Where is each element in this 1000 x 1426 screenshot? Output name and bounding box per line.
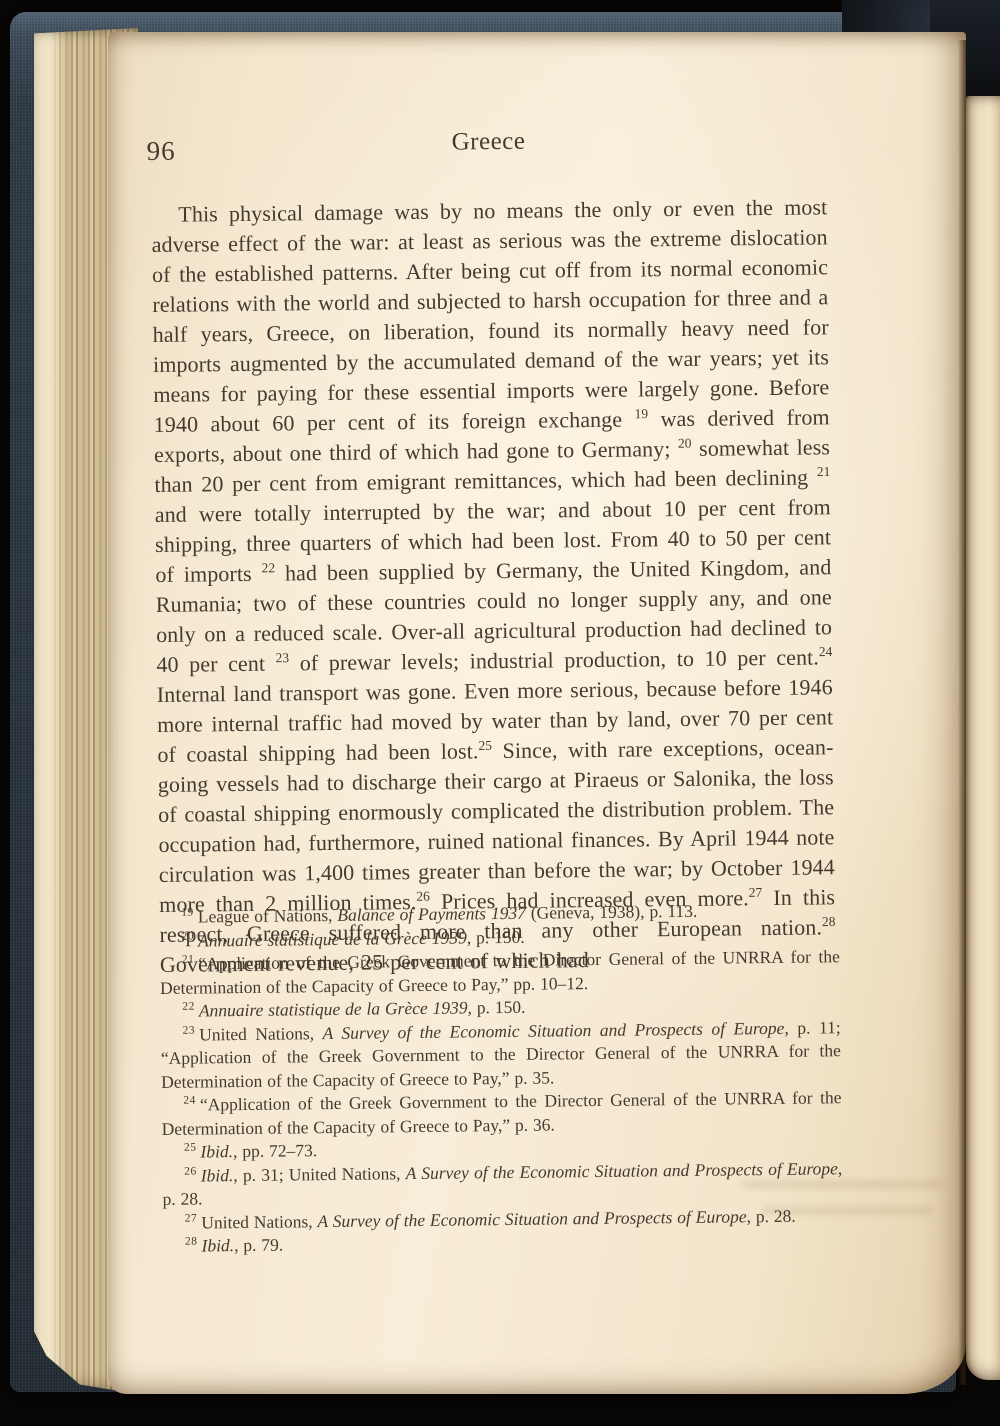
footnote-title-italic: Ibid. xyxy=(201,1165,234,1185)
footnotes-block: 19League of Nations, Balance of Payments… xyxy=(159,898,843,1258)
footnote-text: , p. 150. xyxy=(467,926,525,947)
footnote-number: 24 xyxy=(183,1095,196,1107)
footnote-24: 24“Application of the Greek Government t… xyxy=(161,1086,841,1141)
footnote-text: League of Nations, xyxy=(198,905,338,927)
footnote-ref-25: 25 xyxy=(478,738,492,753)
footnote-number: 27 xyxy=(185,1212,198,1224)
footnote-23: 23United Nations, A Survey of the Econom… xyxy=(161,1016,842,1094)
footnote-number: 20 xyxy=(181,930,194,942)
footnote-title-italic: A Survey of the Economic Situation and P… xyxy=(322,1017,784,1042)
footnote-text: “Application of the Greek Government to … xyxy=(160,946,840,997)
footnote-title-italic: A Survey of the Economic Situation and P… xyxy=(406,1158,838,1183)
footnote-ref-21: 21 xyxy=(817,464,831,479)
footnote-text: (Geneva, 1938), p. 113. xyxy=(526,901,698,923)
footnote-text: , p. 79. xyxy=(234,1235,283,1256)
footnote-text: , pp. 72–73. xyxy=(233,1140,317,1161)
footnote-title-italic: Annuaire statistique de la Grèce 1939 xyxy=(198,927,467,950)
footnote-text: , p. 31; United Nations, xyxy=(233,1163,406,1185)
footnote-text: “Application of the Greek Government to … xyxy=(162,1087,842,1138)
gutter-shadow xyxy=(958,40,966,1385)
footnote-number: 26 xyxy=(184,1165,197,1177)
footnote-number: 19 xyxy=(181,907,194,919)
footnote-ref-20: 20 xyxy=(678,436,692,451)
footnote-ref-19: 19 xyxy=(634,406,648,421)
footnote-ref-26: 26 xyxy=(416,889,430,904)
book-photo: 96 Greece This physical damage was by no… xyxy=(0,0,1000,1426)
footnote-title-italic: Balance of Payments 1937 xyxy=(337,903,526,925)
footnote-text: , p. 150. xyxy=(467,997,525,1018)
footnote-text: United Nations, xyxy=(199,1023,323,1044)
footnote-number: 28 xyxy=(185,1236,198,1248)
footnote-text: , p. 28. xyxy=(746,1205,795,1226)
footnote-title-italic: Ibid. xyxy=(200,1141,233,1161)
footnote-ref-22: 22 xyxy=(261,560,275,575)
footnote-title-italic: A Survey of the Economic Situation and P… xyxy=(317,1206,746,1231)
footnote-text: United Nations, xyxy=(201,1211,317,1232)
facing-page-edge xyxy=(966,96,1000,1380)
footnote-number: 22 xyxy=(182,1001,195,1013)
body-paragraph: This physical damage was by no means the… xyxy=(151,192,836,980)
footnote-title-italic: Annuaire statistique de la Grèce 1939 xyxy=(199,997,468,1020)
footnote-21: 21“Application of the Greek Government t… xyxy=(160,945,840,1000)
footnote-number: 25 xyxy=(184,1142,197,1154)
footnote-ref-27: 27 xyxy=(749,885,763,900)
footnote-ref-24: 24 xyxy=(819,644,833,659)
body-text-segment: This physical damage was by no means the… xyxy=(152,194,830,437)
footnote-title-italic: Ibid. xyxy=(201,1235,234,1255)
footnote-26: 26Ibid., p. 31; United Nations, A Survey… xyxy=(162,1157,842,1212)
footnote-number: 21 xyxy=(182,954,195,966)
footnote-number: 23 xyxy=(183,1024,196,1036)
footnote-ref-23: 23 xyxy=(276,650,290,665)
body-text-segment: of prewar levels; industrial production,… xyxy=(289,644,819,675)
